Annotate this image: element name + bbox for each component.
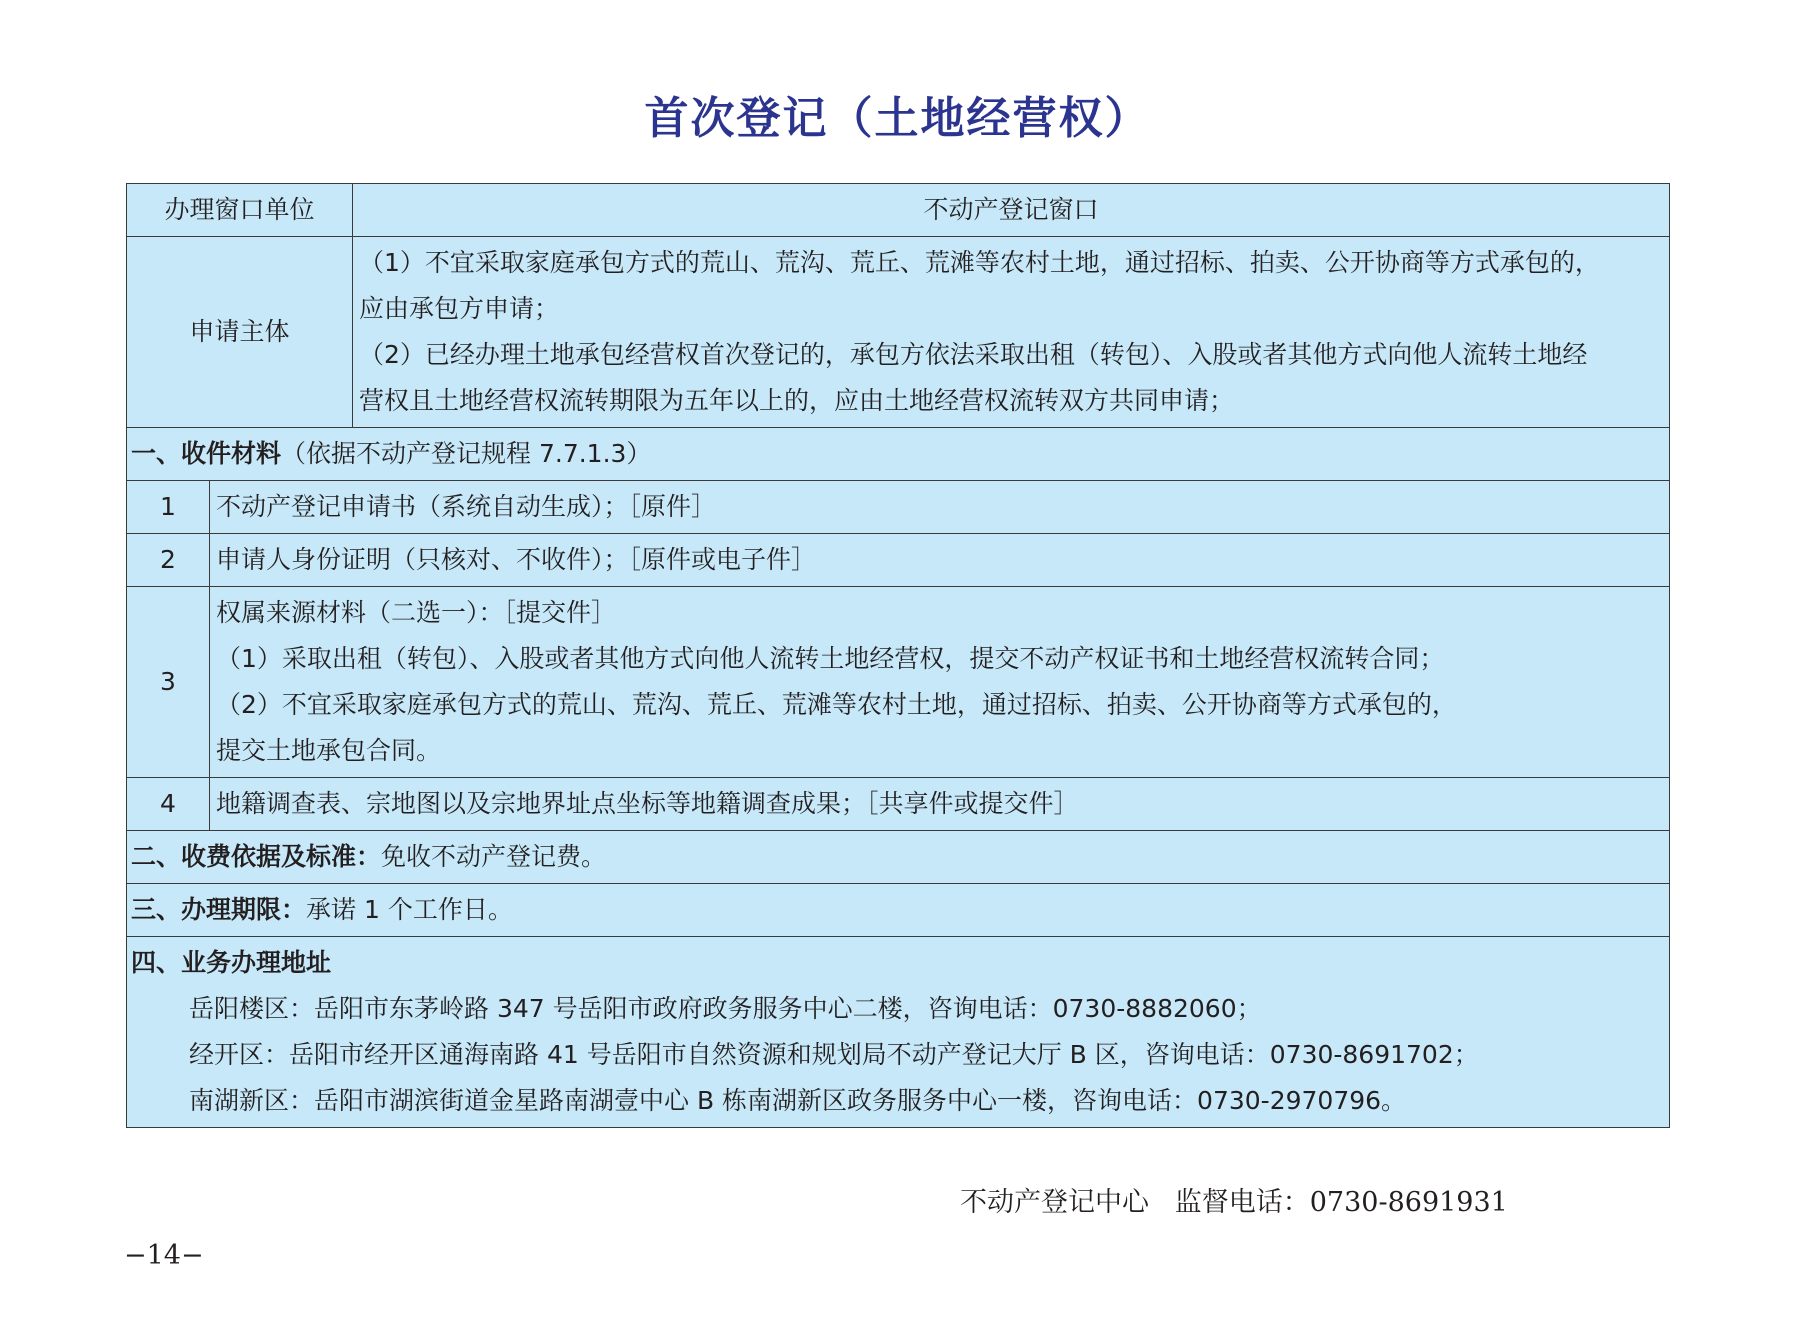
address-line: 经开区：岳阳市经开区通海南路 41 号岳阳市自然资源和规划局不动产登记大厅 B … [131,1032,1663,1078]
row-time-limit: 三、办理期限：承诺 1 个工作日。 [127,884,1670,937]
registration-info-table: 办理窗口单位 不动产登记窗口 申请主体 （1）不宜采取家庭承包方式的荒山、荒沟、… [126,183,1670,1128]
materials-heading-cell: 一、收件材料（依据不动产登记规程 7.7.1.3） [127,428,1670,481]
material-index: 2 [127,534,210,587]
row-materials-heading: 一、收件材料（依据不动产登记规程 7.7.1.3） [127,428,1670,481]
material-line: （1）采取出租（转包）、入股或者其他方式向他人流转土地经营权，提交不动产权证书和… [216,636,1663,682]
material-line: 提交土地承包合同。 [216,728,1663,774]
material-index: 4 [127,778,210,831]
material-row: 4 地籍调查表、宗地图以及宗地界址点坐标等地籍调查成果；［共享件或提交件］ [127,778,1670,831]
row-fees: 二、收费依据及标准：免收不动产登记费。 [127,831,1670,884]
material-index: 3 [127,587,210,778]
page-title: 首次登记（土地经营权） [0,82,1795,146]
material-text: 地籍调查表、宗地图以及宗地界址点坐标等地籍调查成果；［共享件或提交件］ [210,778,1670,831]
applicant-line: （2）已经办理土地承包经营权首次登记的，承包方依法采取出租（转包）、入股或者其他… [359,332,1663,378]
material-row: 2 申请人身份证明（只核对、不收件）；［原件或电子件］ [127,534,1670,587]
material-line: 权属来源材料（二选一）：［提交件］ [216,590,1663,636]
row-window-unit: 办理窗口单位 不动产登记窗口 [127,184,1670,237]
applicant-value: （1）不宜采取家庭承包方式的荒山、荒沟、荒丘、荒滩等农村土地，通过招标、拍卖、公… [353,237,1670,428]
material-row: 1 不动产登记申请书（系统自动生成）；［原件］ [127,481,1670,534]
material-text: 不动产登记申请书（系统自动生成）；［原件］ [210,481,1670,534]
time-limit-value: 承诺 1 个工作日。 [306,895,513,924]
applicant-line: （1）不宜采取家庭承包方式的荒山、荒沟、荒丘、荒滩等农村土地，通过招标、拍卖、公… [359,240,1663,286]
material-line: （2）不宜采取家庭承包方式的荒山、荒沟、荒丘、荒滩等农村土地，通过招标、拍卖、公… [216,682,1663,728]
materials-basis: （依据不动产登记规程 7.7.1.3） [281,439,651,468]
time-limit-cell: 三、办理期限：承诺 1 个工作日。 [127,884,1670,937]
addresses-heading: 四、业务办理地址 [131,940,1663,986]
window-unit-value: 不动产登记窗口 [353,184,1670,237]
applicant-line: 应由承包方申请； [359,286,1663,332]
footer-org: 不动产登记中心 [960,1187,1149,1218]
window-unit-label: 办理窗口单位 [127,184,353,237]
addresses-cell: 四、业务办理地址 岳阳楼区：岳阳市东茅岭路 347 号岳阳市政府政务服务中心二楼… [127,937,1670,1128]
material-text: 权属来源材料（二选一）：［提交件］ （1）采取出租（转包）、入股或者其他方式向他… [210,587,1670,778]
address-line: 南湖新区：岳阳市湖滨街道金星路南湖壹中心 B 栋南湖新区政务服务中心一楼，咨询电… [131,1078,1663,1124]
footer-supervision-phone: 监督电话：0730-8691931 [1175,1187,1508,1218]
material-row: 3 权属来源材料（二选一）：［提交件］ （1）采取出租（转包）、入股或者其他方式… [127,587,1670,778]
material-index: 1 [127,481,210,534]
applicant-label: 申请主体 [127,237,353,428]
material-text: 申请人身份证明（只核对、不收件）；［原件或电子件］ [210,534,1670,587]
footer-signature: 不动产登记中心 监督电话：0730-8691931 [960,1180,1508,1219]
applicant-line: 营权且土地经营权流转期限为五年以上的，应由土地经营权流转双方共同申请； [359,378,1663,424]
materials-heading: 一、收件材料 [131,439,281,468]
address-line: 岳阳楼区：岳阳市东茅岭路 347 号岳阳市政府政务服务中心二楼，咨询电话：073… [131,986,1663,1032]
fees-value: 免收不动产登记费。 [381,842,606,871]
fees-heading: 二、收费依据及标准： [131,842,381,871]
time-limit-heading: 三、办理期限： [131,895,306,924]
row-addresses: 四、业务办理地址 岳阳楼区：岳阳市东茅岭路 347 号岳阳市政府政务服务中心二楼… [127,937,1670,1128]
row-applicant: 申请主体 （1）不宜采取家庭承包方式的荒山、荒沟、荒丘、荒滩等农村土地，通过招标… [127,237,1670,428]
page-number: −14− [124,1240,204,1271]
fees-cell: 二、收费依据及标准：免收不动产登记费。 [127,831,1670,884]
